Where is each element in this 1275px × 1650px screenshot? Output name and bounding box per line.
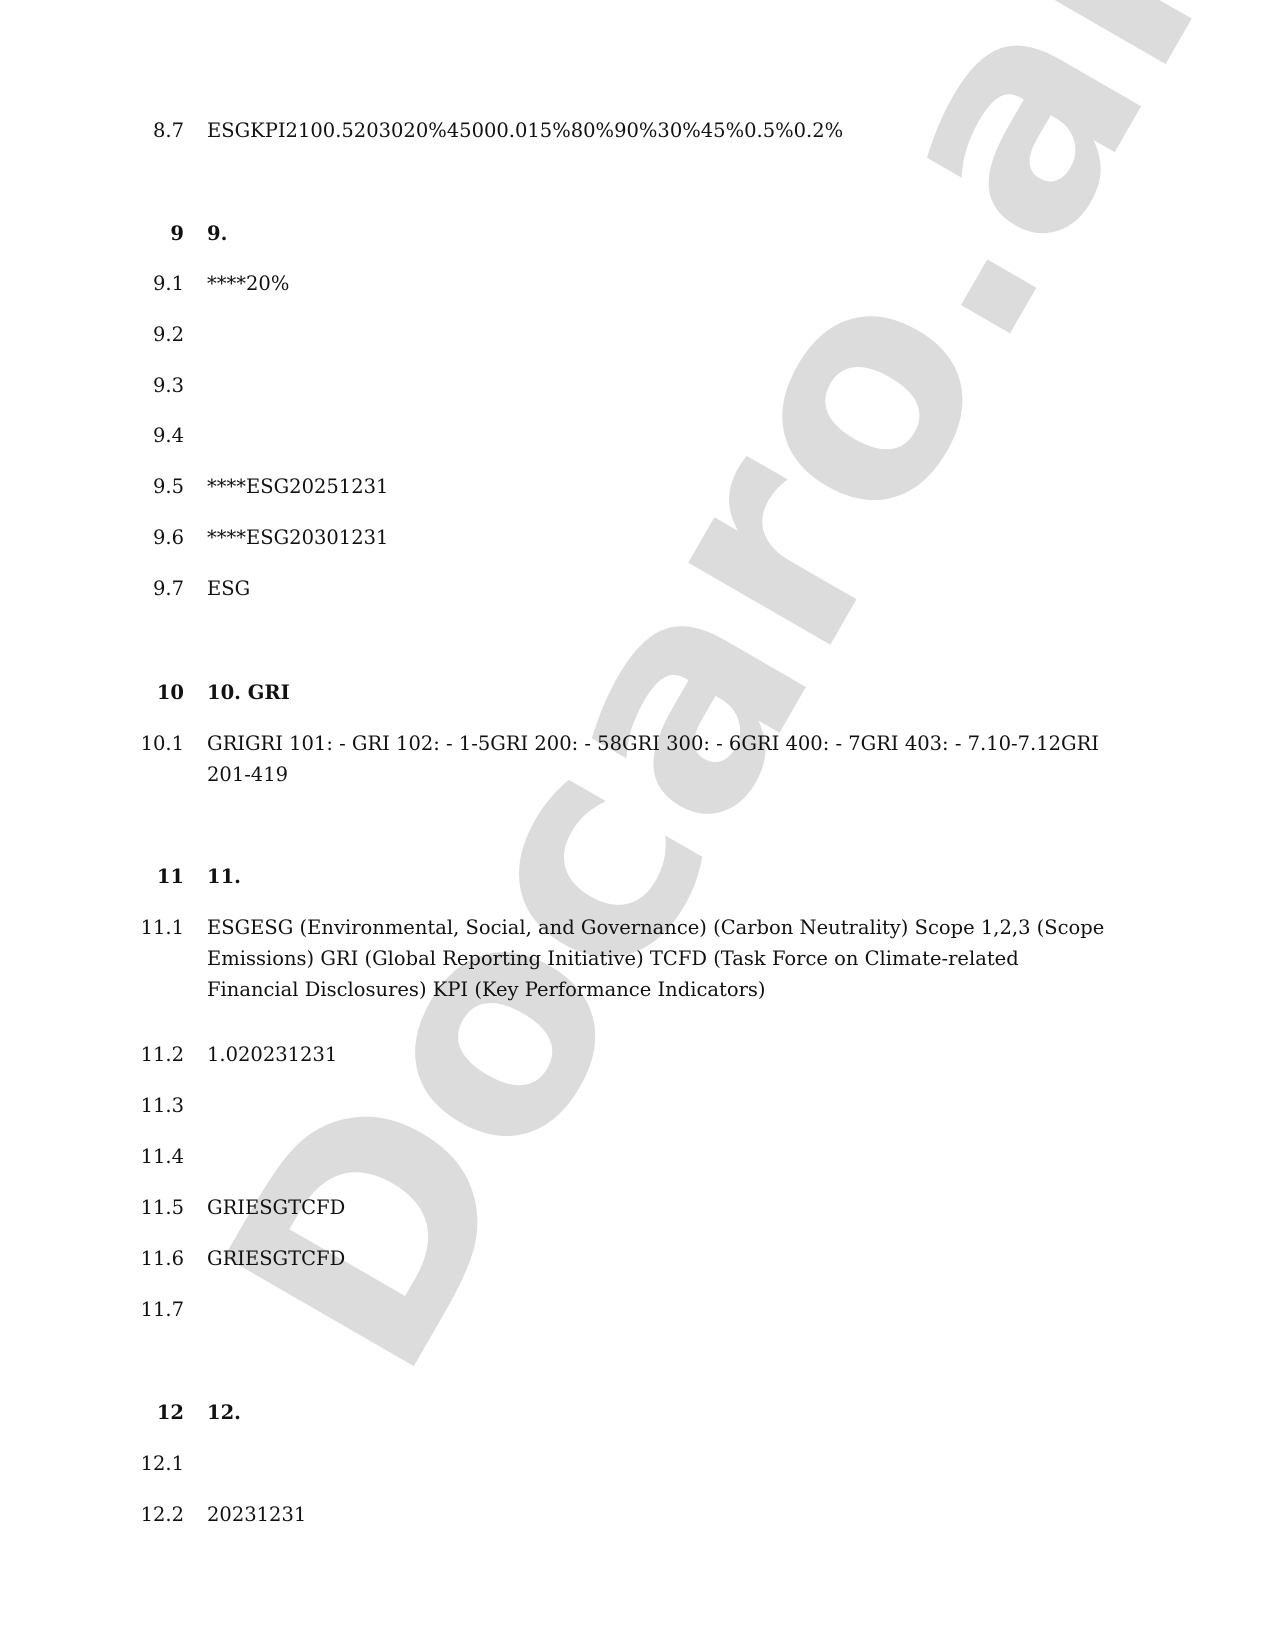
clause-number: 9.1	[153, 268, 184, 299]
clause-number: 9.4	[153, 420, 184, 451]
clause-text: ****ESG20251231	[207, 471, 1107, 502]
clause-number: 11.5	[141, 1192, 184, 1223]
section-number: 10	[157, 677, 184, 708]
section-number: 11	[157, 861, 184, 892]
clause-number: 10.1	[141, 728, 184, 759]
clause-number: 11.3	[141, 1090, 184, 1121]
clause-text: ESG	[207, 573, 1107, 604]
clause-number: 11.2	[141, 1039, 184, 1070]
clause-number: 9.2	[153, 319, 184, 350]
clause-text: ESGKPI2100.5203020%45000.015%80%90%30%45…	[207, 115, 1107, 146]
clause-text: GRIGRI 101: - GRI 102: - 1-5GRI 200: - 5…	[207, 728, 1107, 790]
clause-number: 9.7	[153, 573, 184, 604]
clause-text: 1.020231231	[207, 1039, 1107, 1070]
clause-text: ****ESG20301231	[207, 522, 1107, 553]
section-title: 10. GRI	[207, 677, 1107, 708]
clause-number: 12.2	[141, 1499, 184, 1530]
clause-number: 8.7	[153, 115, 184, 146]
section-number: 9	[170, 218, 184, 249]
clause-number: 9.6	[153, 522, 184, 553]
clause-number: 9.3	[153, 370, 184, 401]
section-number: 12	[157, 1397, 184, 1428]
section-title: 12.	[207, 1397, 1107, 1428]
clause-number: 9.5	[153, 471, 184, 502]
clause-text: ESGESG (Environmental, Social, and Gover…	[207, 912, 1107, 1005]
document-page: Docaro.ai 8.7 ESGKPI2100.5203020%45000.0…	[0, 0, 1275, 1650]
clause-text: GRIESGTCFD	[207, 1243, 1107, 1274]
clause-text: GRIESGTCFD	[207, 1192, 1107, 1223]
section-title: 11.	[207, 861, 1107, 892]
clause-number: 11.6	[141, 1243, 184, 1274]
clause-number: 12.1	[141, 1448, 184, 1479]
clause-text: ****20%	[207, 268, 1107, 299]
clause-number: 11.1	[141, 912, 184, 943]
clause-number: 11.4	[141, 1141, 184, 1172]
clause-text: 20231231	[207, 1499, 1107, 1530]
section-title: 9.	[207, 218, 1107, 249]
clause-number: 11.7	[141, 1294, 184, 1325]
